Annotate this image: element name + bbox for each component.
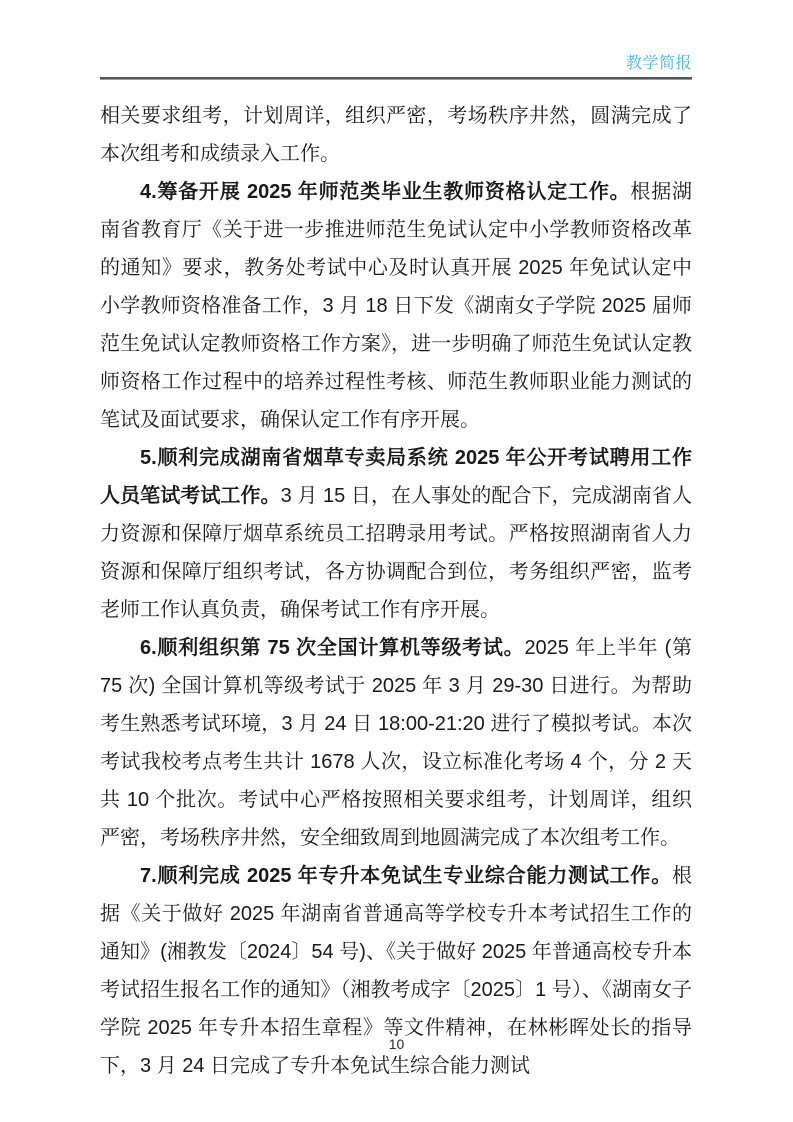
document-page: 教学简报 相关要求组考，计划周详，组织严密，考场秩序井然，圆满完成了本次组考和成… — [0, 0, 793, 1122]
paragraph-text: 根据湖南省教育厅《关于进一步推进师范生免试认定中小学教师资格改革的通知》要求，教… — [100, 181, 692, 431]
paragraph: 6.顺利组织第 75 次全国计算机等级考试。2025 年上半年 (第 75 次)… — [100, 629, 692, 857]
paragraph-text: 相关要求组考，计划周详，组织严密，考场秩序井然，圆满完成了本次组考和成绩录入工作… — [100, 105, 692, 165]
paragraph: 5.顺利完成湖南省烟草专卖局系统 2025 年公开考试聘用工作人员笔试考试工作。… — [100, 439, 692, 629]
paragraph-text: 2025 年上半年 (第 75 次) 全国计算机等级考试于 2025 年 3 月… — [100, 637, 692, 849]
header-title: 教学简报 — [626, 54, 692, 74]
paragraph-lead: 4.筹备开展 2025 年师范类毕业生教师资格认定工作。 — [140, 181, 630, 203]
header-divider — [100, 77, 692, 80]
page-number: 10 — [0, 1036, 793, 1052]
paragraph: 4.筹备开展 2025 年师范类毕业生教师资格认定工作。根据湖南省教育厅《关于进… — [100, 173, 692, 439]
document-body: 相关要求组考，计划周详，组织严密，考场秩序井然，圆满完成了本次组考和成绩录入工作… — [100, 97, 692, 1085]
paragraph-lead: 6.顺利组织第 75 次全国计算机等级考试。 — [140, 637, 524, 659]
paragraph-lead: 7.顺利完成 2025 年专升本免试生专业综合能力测试工作。 — [140, 865, 672, 887]
paragraph: 相关要求组考，计划周详，组织严密，考场秩序井然，圆满完成了本次组考和成绩录入工作… — [100, 97, 692, 173]
